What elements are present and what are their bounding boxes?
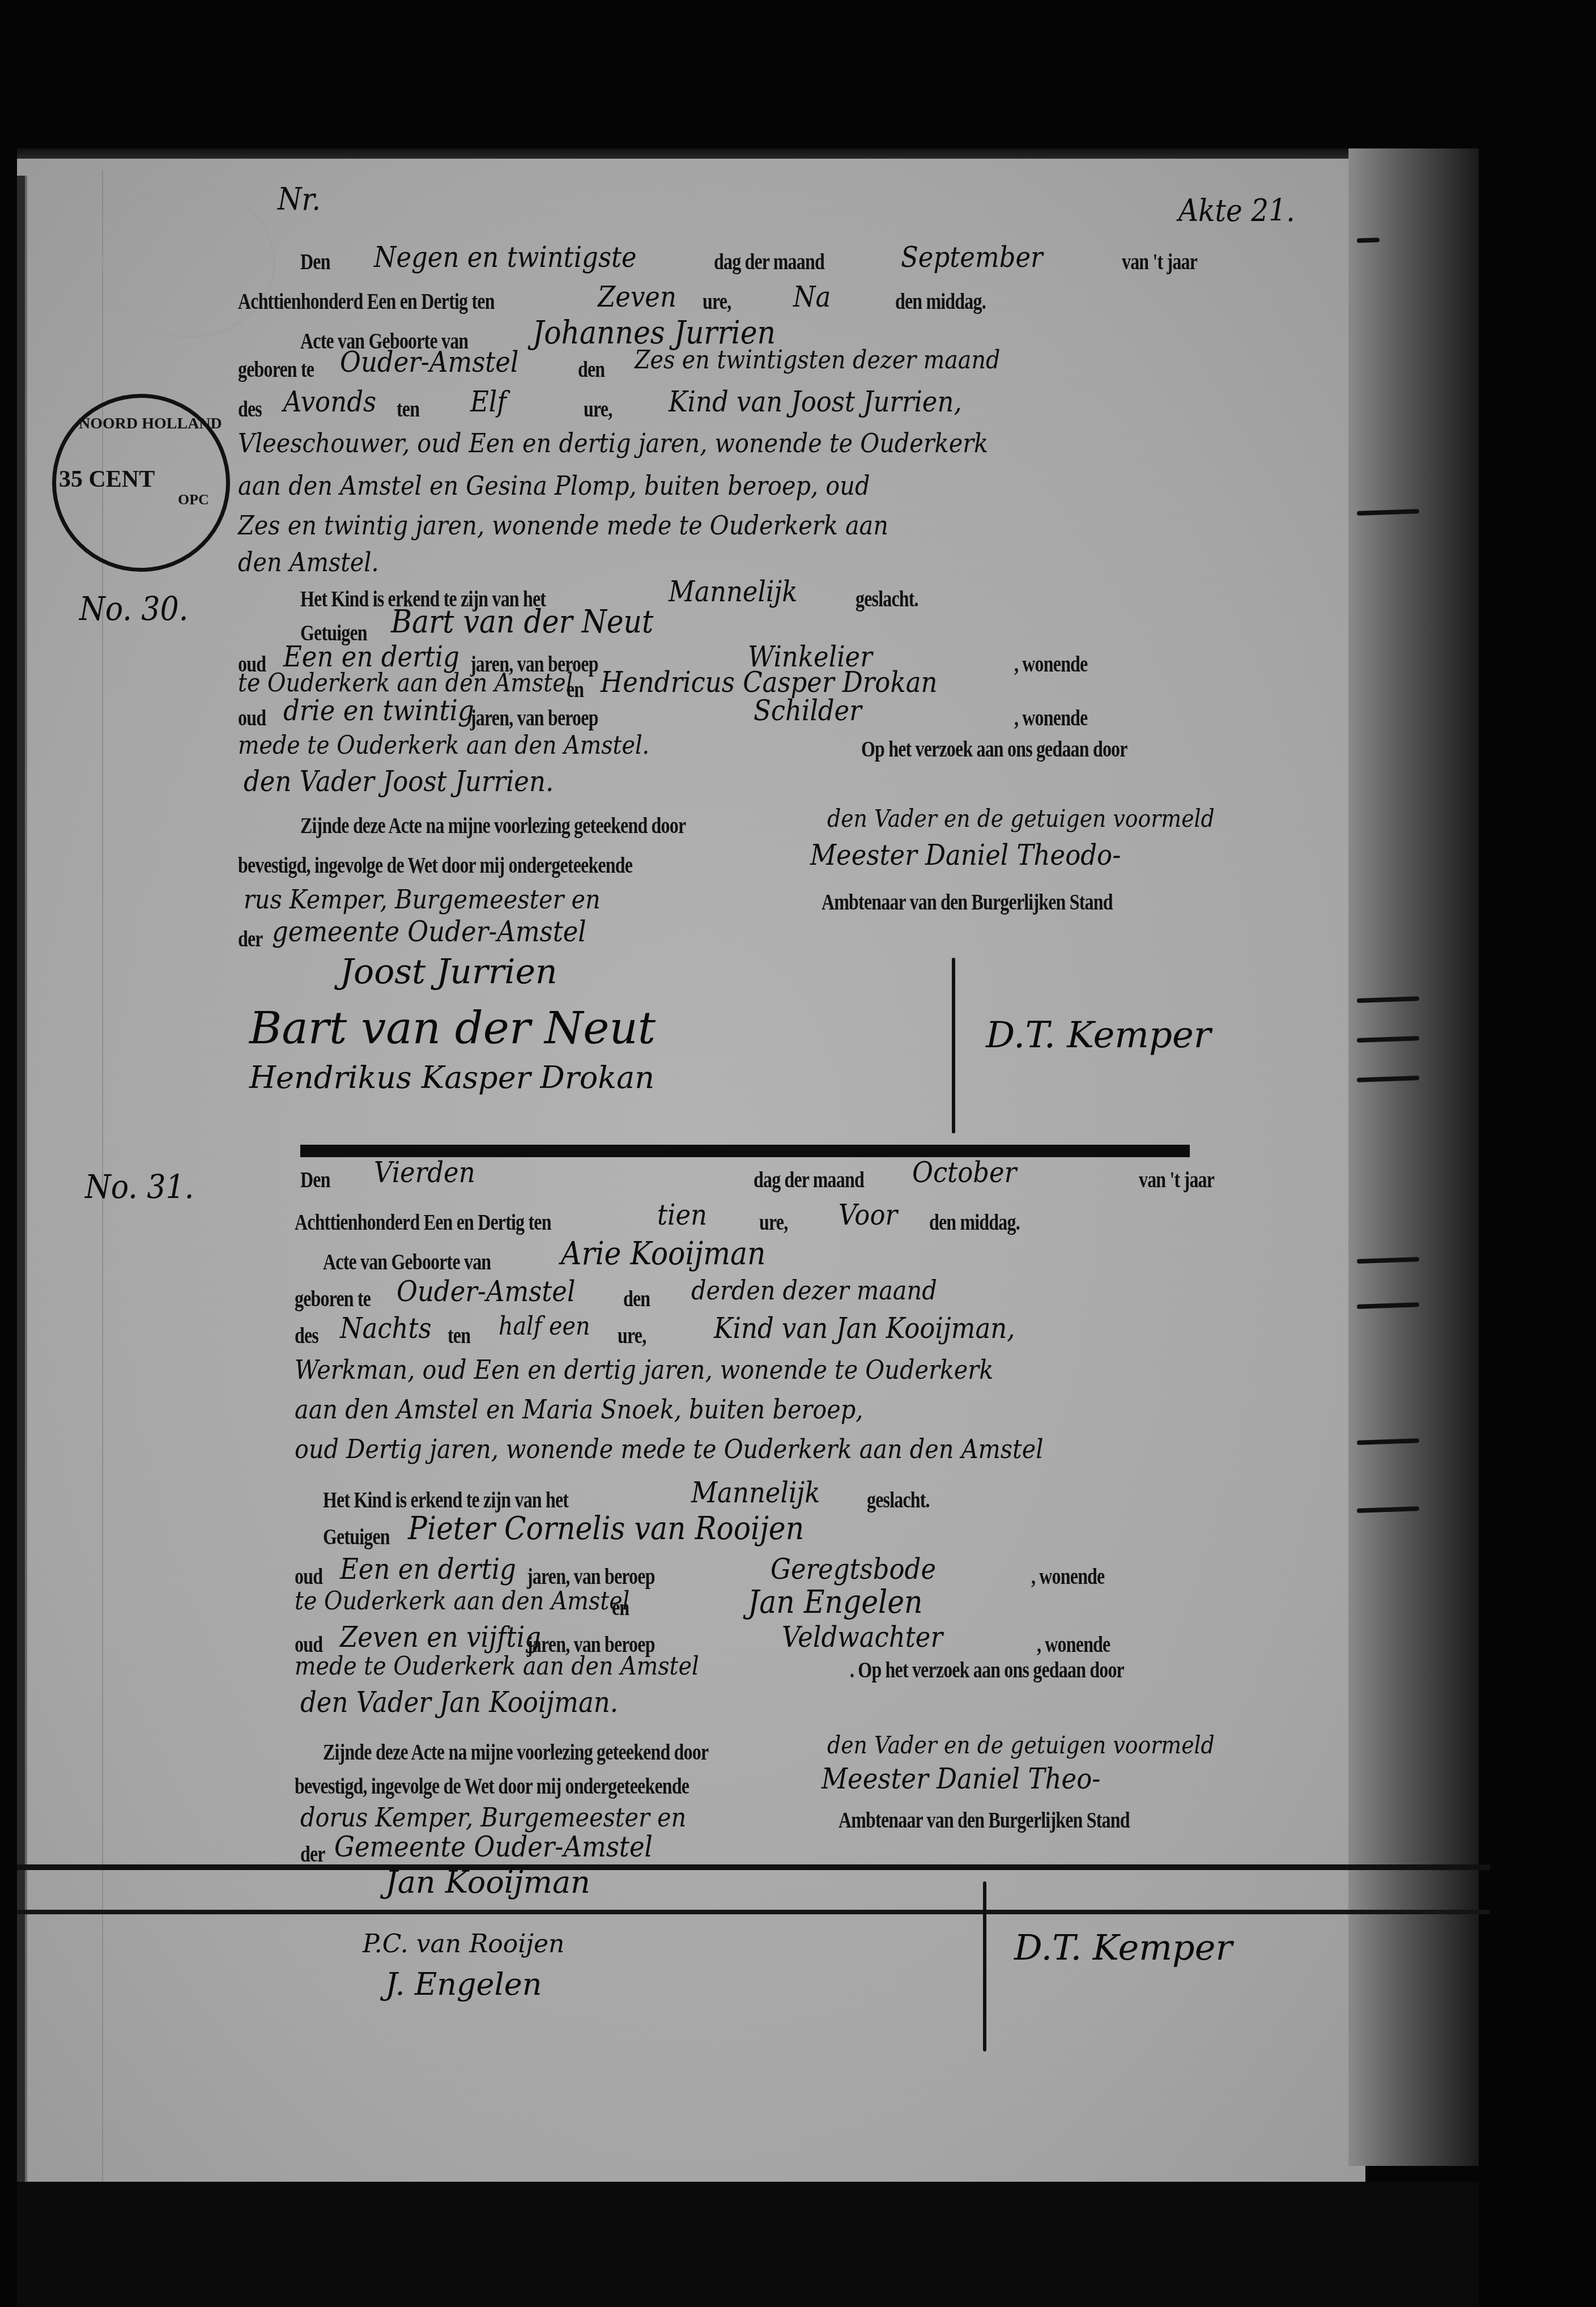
scan-artifact-line: [17, 1910, 1490, 1914]
label-geslacht: geslacht.: [867, 1488, 930, 1513]
signature-brace: [983, 1881, 986, 2051]
field-birth-hour: half een: [499, 1312, 590, 1341]
label-beroep: jaren, van beroep: [470, 706, 598, 731]
field-mother-details: aan den Amstel en Maria Snoek, buiten be…: [295, 1394, 863, 1425]
bleed-ink: [1357, 237, 1380, 243]
label-geboren: geboren te: [295, 1286, 371, 1312]
scan-artifact-line: [17, 1864, 1490, 1870]
label-year-text: Achttienhonderd Een en Dertig ten: [238, 289, 495, 315]
label-acte: Acte van Geboorte van: [323, 1250, 491, 1275]
field-witness1-residence: te Ouderkerk aan den Amstel: [238, 669, 573, 698]
label-den: Den: [300, 1167, 330, 1193]
field-official-name: Meester Daniel Theodo-: [810, 839, 1121, 872]
label-bevestigd: bevestigd, ingevolge de Wet door mij ond…: [238, 853, 632, 878]
noord-holland-stamp-icon: NOORD HOLLAND 35 CENT OPC: [52, 394, 230, 572]
field-birthplace: Ouder-Amstel: [397, 1275, 575, 1308]
field-witness2-residence: mede te Ouderkerk aan den Amstel.: [238, 731, 649, 760]
act-number: No. 30.: [79, 589, 188, 628]
label-verzoek: Op het verzoek aan ons gedaan door: [861, 737, 1127, 762]
field-parent-father: Kind van Joost Jurrien,: [669, 385, 962, 418]
label-ambtenaar: Ambtenaar van den Burgerlijken Stand: [839, 1808, 1130, 1833]
label-ure: ure,: [759, 1210, 788, 1235]
field-sex: Mannelijk: [669, 575, 798, 608]
label-geslacht: geslacht.: [856, 587, 918, 612]
stamp-value: 35 CENT: [59, 466, 155, 493]
field-daypart: Avonds: [283, 385, 376, 418]
header-page-number: Akte 21.: [1178, 193, 1295, 228]
label-wonende: , wonende: [1014, 706, 1087, 731]
field-witness2-job: Veldwachter: [782, 1621, 943, 1654]
signature-witness2: Hendrikus Kasper Drokan: [249, 1060, 654, 1095]
label-wonende: , wonende: [1014, 652, 1087, 677]
label-en: en: [567, 677, 584, 703]
label-den: den: [578, 357, 605, 383]
field-day: Negen en twintigste: [374, 241, 637, 274]
field-mother-details: aan den Amstel en Gesina Plomp, buiten b…: [238, 470, 870, 501]
field-official-title: dorus Kemper, Burgemeester en: [300, 1802, 686, 1833]
label-bevestigd: bevestigd, ingevolge de Wet door mij ond…: [295, 1774, 689, 1799]
field-birth-hour: Elf: [470, 385, 507, 418]
label-middag: den middag.: [895, 289, 986, 315]
label-des: des: [295, 1323, 318, 1349]
field-child-name: Arie Kooijman: [561, 1235, 765, 1272]
field-daypart: Nachts: [340, 1312, 432, 1345]
field-parent-father: Kind van Jan Kooijman,: [714, 1312, 1015, 1345]
field-am-pm: Voor: [839, 1199, 897, 1231]
label-witnesses: Getuigen: [323, 1524, 390, 1550]
label-beroep: jaren, van beroep: [527, 1564, 655, 1590]
field-father-details: Werkman, oud Een en dertig jaren, wonend…: [295, 1354, 993, 1385]
field-declarant: den Vader Jan Kooijman.: [300, 1686, 618, 1719]
field-official-name: Meester Daniel Theo-: [822, 1762, 1100, 1795]
field-mother-residence-cont: den Amstel.: [238, 547, 379, 577]
field-signed-by: den Vader en de getuigen voormeld: [827, 1731, 1215, 1759]
label-zijnde: Zijnde deze Acte na mijne voorlezing get…: [323, 1740, 708, 1765]
label-oud: oud: [238, 706, 266, 731]
label-geboren: geboren te: [238, 357, 314, 383]
field-month: October: [912, 1156, 1016, 1189]
page-binding: [17, 176, 27, 2182]
label-zijnde: Zijnde deze Acte na mijne voorlezing get…: [300, 813, 686, 839]
act-number: No. 31.: [85, 1167, 194, 1206]
label-verzoek: . Op het verzoek aan ons gedaan door: [850, 1658, 1124, 1683]
field-birthplace: Ouder-Amstel: [340, 346, 518, 379]
label-sex: Het Kind is erkend te zijn van het: [323, 1488, 568, 1513]
label-ambtenaar: Ambtenaar van den Burgerlijken Stand: [822, 890, 1113, 915]
field-mother-residence: oud Dertig jaren, wonende mede te Ouderk…: [295, 1434, 1043, 1464]
label-ten: ten: [448, 1323, 470, 1349]
label-en: en: [612, 1595, 629, 1621]
field-birthdate: derden dezer maand: [691, 1275, 937, 1306]
label-der: der: [300, 1842, 325, 1867]
field-witness2-name: Jan Engelen: [748, 1584, 922, 1621]
label-ure: ure,: [703, 289, 731, 315]
label-dag-der-maand: dag der maand: [714, 249, 824, 275]
label-dag-der-maand: dag der maand: [754, 1167, 864, 1193]
label-year: van 't jaar: [1139, 1167, 1214, 1193]
field-witness1-age: Een en dertig: [340, 1553, 516, 1586]
label-year-text: Achttienhonderd Een en Dertig ten: [295, 1210, 551, 1235]
signature-witness1: Bart van der Neut: [249, 1003, 656, 1054]
field-official-title: rus Kemper, Burgemeester en: [244, 884, 601, 915]
signature-official: D.T. Kemper: [1014, 1927, 1232, 1968]
field-witness1-name: Bart van der Neut: [391, 604, 653, 640]
facing-page-edge: [1348, 148, 1479, 2166]
label-middag: den middag.: [929, 1210, 1020, 1235]
field-witness1-job: Geregtsbode: [771, 1553, 936, 1586]
field-sex: Mannelijk: [691, 1476, 820, 1509]
label-der: der: [238, 927, 263, 952]
field-witness2-age: Zeven en vijftig: [340, 1621, 541, 1654]
field-declarant: den Vader Joost Jurrien.: [244, 765, 554, 798]
label-ure: ure,: [618, 1323, 646, 1349]
field-witness1-residence: te Ouderkerk aan den Amstel: [295, 1587, 629, 1616]
label-wonende: , wonende: [1031, 1564, 1104, 1590]
field-witness1-name: Pieter Cornelis van Rooijen: [408, 1510, 804, 1547]
label-des: des: [238, 397, 262, 422]
embossed-seal-icon: [102, 187, 275, 338]
field-hour: Zeven: [598, 281, 676, 313]
stamp-suffix: OPC: [178, 491, 209, 508]
header-left-mark: Nr.: [278, 181, 321, 217]
signature-father: Joost Jurrien: [340, 952, 557, 992]
field-month: September: [901, 241, 1043, 274]
field-am-pm: Na: [793, 281, 831, 313]
field-mother-residence: Zes en twintig jaren, wonende mede te Ou…: [238, 510, 888, 541]
field-father-details: Vleeschouwer, oud Een en dertig jaren, w…: [238, 428, 988, 458]
label-ure: ure,: [584, 397, 612, 422]
act-separator: [300, 1145, 1190, 1157]
field-hour: tien: [657, 1199, 707, 1231]
signature-brace: [952, 958, 955, 1133]
label-oud: oud: [295, 1564, 322, 1590]
field-municipality: gemeente Ouder-Amstel: [272, 915, 586, 948]
signature-father: Jan Kooijman: [385, 1864, 590, 1900]
label-wonende: , wonende: [1037, 1632, 1110, 1658]
field-witness2-age: drie en twintig: [283, 694, 474, 727]
stamp-text: NOORD HOLLAND: [79, 415, 222, 433]
field-birthdate: Zes en twintigsten dezer maand: [635, 346, 1000, 375]
field-signed-by: den Vader en de getuigen voormeld: [827, 805, 1215, 832]
field-day: Vierden: [374, 1156, 475, 1189]
field-witness2-residence: mede te Ouderkerk aan den Amstel: [295, 1652, 699, 1681]
label-ten: ten: [397, 397, 419, 422]
scan-background: [17, 2182, 1479, 2307]
signature-official: D.T. Kemper: [986, 1014, 1211, 1056]
field-witness2-job: Schilder: [754, 694, 862, 727]
signature-witness1: P.C. van Rooijen: [363, 1930, 564, 1958]
field-municipality: Gemeente Ouder-Amstel: [334, 1830, 653, 1863]
signature-witness2: J. Engelen: [385, 1966, 542, 2002]
label-den: Den: [300, 249, 330, 275]
label-den: den: [623, 1286, 650, 1312]
label-year: van 't jaar: [1122, 249, 1197, 275]
